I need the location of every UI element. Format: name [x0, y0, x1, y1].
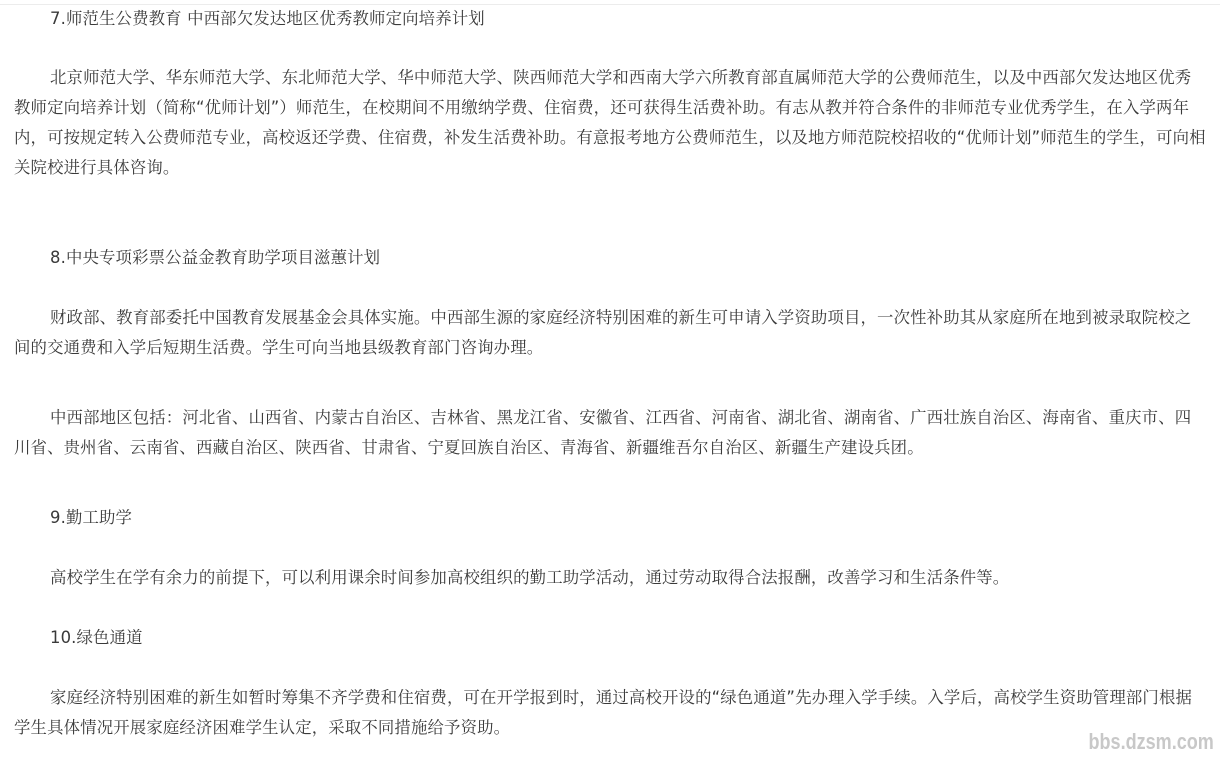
- section-heading-9: 9.勤工助学: [14, 503, 1206, 533]
- section-heading-10: 10.绿色通道: [14, 623, 1206, 653]
- section-paragraph-10-1: 家庭经济特别困难的新生如暂时筹集不齐学费和住宿费，可在开学报到时，通过高校开设的…: [14, 683, 1206, 743]
- section-paragraph-7-1: 北京师范大学、华东师范大学、东北师范大学、华中师范大学、陕西师范大学和西南大学六…: [14, 63, 1206, 183]
- section-paragraph-8-2: 中西部地区包括：河北省、山西省、内蒙古自治区、吉林省、黑龙江省、安徽省、江西省、…: [14, 403, 1206, 463]
- section-paragraph-8-1: 财政部、教育部委托中国教育发展基金会具体实施。中西部生源的家庭经济特别困难的新生…: [14, 303, 1206, 363]
- section-paragraph-9-1: 高校学生在学有余力的前提下，可以利用课余时间参加高校组织的勤工助学活动，通过劳动…: [14, 563, 1206, 593]
- section-heading-7: 7.师范生公费教育 中西部欠发达地区优秀教师定向培养计划: [14, 4, 1206, 34]
- site-watermark: bbs.dzsm.com: [1089, 729, 1214, 755]
- section-heading-8: 8.中央专项彩票公益金教育助学项目滋蕙计划: [14, 243, 1206, 273]
